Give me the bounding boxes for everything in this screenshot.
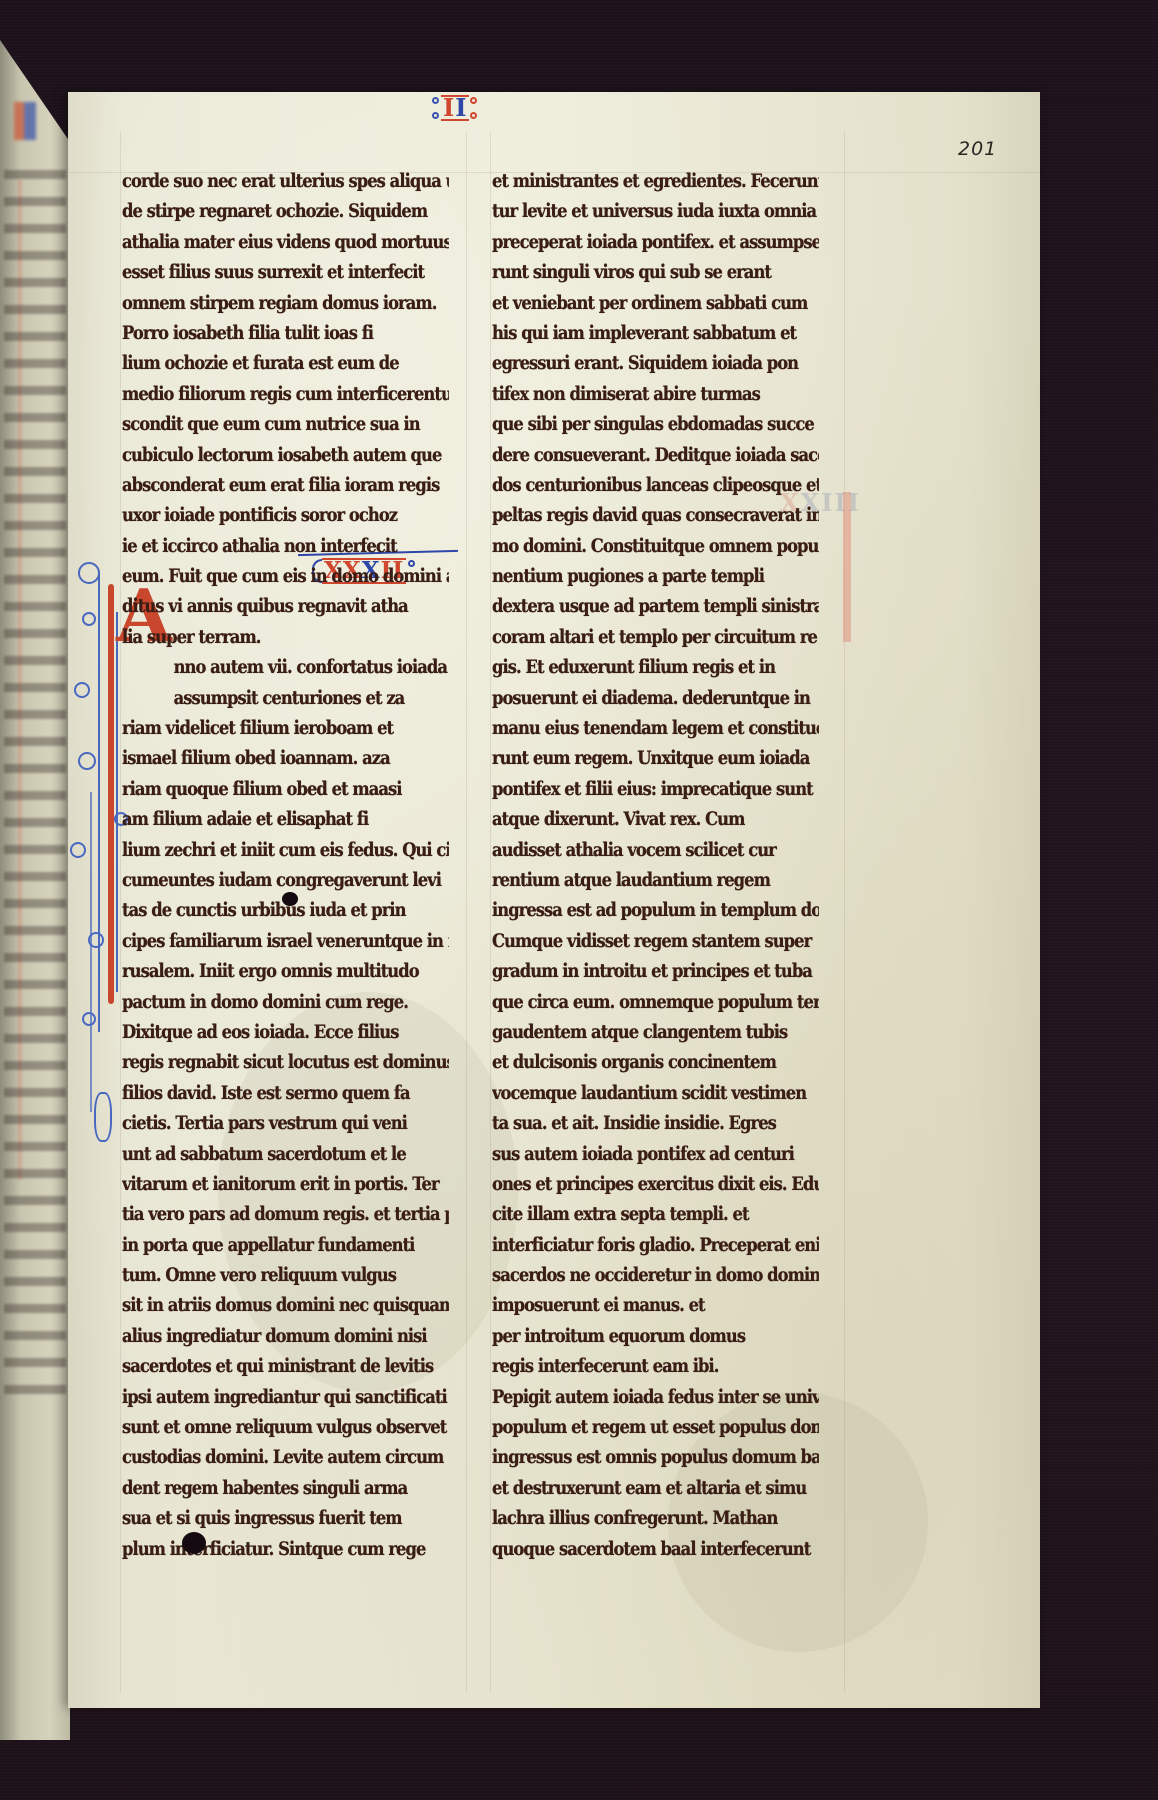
text-line: tur levite et universus iuda iuxta omnia…	[492, 196, 819, 226]
text-line: his qui iam impleverant sabbatum et	[492, 318, 819, 348]
text-line: ditus vi annis quibus regnavit atha	[122, 591, 449, 621]
ruling-line	[120, 132, 121, 1692]
text-line: manu eius tenendam legem et constitue	[492, 713, 819, 743]
text-line: et ministrantes et egredientes. Fecerunt…	[492, 166, 819, 196]
text-line: runt singuli viros qui sub se erant	[492, 257, 819, 287]
text-line: sua et si quis ingressus fuerit tem	[122, 1503, 449, 1533]
initial-blue-penwork	[116, 612, 118, 992]
text-line: gaudentem atque clangentem tubis	[492, 1017, 819, 1047]
text-line: Porro iosabeth filia tulit ioas fi	[122, 318, 449, 348]
text-line: ie et iccirco athalia non interfecit	[122, 531, 449, 561]
text-line: lachra illius confregerunt. Mathan	[492, 1503, 819, 1533]
text-line: plum interficiatur. Sintque cum rege	[122, 1534, 449, 1564]
text-line: eum. Fuit que cum eis in domo domini abs…	[122, 561, 449, 591]
blue-dot-ornament	[432, 97, 439, 119]
text-line: sacerdos ne occideretur in domo domini. …	[492, 1260, 819, 1290]
penwork-curl	[82, 1012, 96, 1026]
manuscript-page: II 201 A XXXII XXIII corde suo nec erat …	[68, 92, 1040, 1708]
text-line: esset filius suus surrexit et interfecit	[122, 257, 449, 287]
text-line: imposuerunt ei manus. et	[492, 1290, 819, 1320]
text-line: atque dixerunt. Vivat rex. Cum	[492, 804, 819, 834]
text-line: absconderat eum erat filia ioram regis	[122, 470, 449, 500]
text-line: filios david. Iste est sermo quem fa	[122, 1078, 449, 1108]
penwork-curl	[94, 1092, 112, 1142]
text-line: regis regnabit sicut locutus est dominus…	[122, 1047, 449, 1077]
text-line: cipes familiarum israel veneruntque in i…	[122, 926, 449, 956]
initial-blue-penwork	[98, 572, 100, 1032]
text-line: ones et principes exercitus dixit eis. E…	[492, 1169, 819, 1199]
text-line: medio filiorum regis cum interficerentur…	[122, 379, 449, 409]
text-line: unt ad sabbatum sacerdotum et le	[122, 1139, 449, 1169]
text-column-left: corde suo nec erat ulterius spes aliqua …	[122, 166, 502, 1564]
penwork-curl	[88, 932, 104, 948]
text-line: scondit que eum cum nutrice sua in	[122, 409, 449, 439]
parchment-hole	[182, 1532, 206, 1554]
text-line: coram altari et templo per circuitum re	[492, 622, 819, 652]
text-line: quoque sacerdotem baal interfecerunt	[492, 1534, 819, 1564]
text-line: dos centurionibus lanceas clipeosque et	[492, 470, 819, 500]
text-line: per introitum equorum domus	[492, 1321, 819, 1351]
text-line: que circa eum. omnemque populum ter	[492, 987, 819, 1017]
text-line: interficiatur foris gladio. Preceperat e…	[492, 1230, 819, 1260]
text-line: dere consueverant. Deditque ioiada sacer	[492, 440, 819, 470]
text-line: vitarum et ianitorum erit in portis. Ter	[122, 1169, 449, 1199]
text-line: cumeuntes iudam congregaverunt levi	[122, 865, 449, 895]
text-line: cite illam extra septa templi. et	[492, 1199, 819, 1229]
text-line: ipsi autem ingrediantur qui sanctificati	[122, 1382, 449, 1412]
text-line: mo domini. Constituitque omnem populum t…	[492, 531, 819, 561]
penwork-curl	[78, 752, 96, 770]
text-line: preceperat ioiada pontifex. et assumpse	[492, 227, 819, 257]
text-line: sus autem ioiada pontifex ad centuri	[492, 1139, 819, 1169]
text-line: rusalem. Iniit ergo omnis multitudo	[122, 956, 449, 986]
text-line: ta sua. et ait. Insidie insidie. Egres	[492, 1108, 819, 1138]
penwork-curl	[78, 562, 100, 584]
text-line: tum. Omne vero reliquum vulgus	[122, 1260, 449, 1290]
parchment-hole	[282, 892, 298, 906]
text-line: peltas regis david quas consecraverat in…	[492, 500, 819, 530]
text-line: ismael filium obed ioannam. aza	[122, 743, 449, 773]
text-line: nentium pugiones a parte templi	[492, 561, 819, 591]
text-line: gis. Et eduxerunt filium regis et in	[492, 652, 819, 682]
text-line: assumpsit centuriones et za	[122, 683, 449, 713]
text-line: audisset athalia vocem scilicet cur	[492, 835, 819, 865]
text-line: lia super terram.	[122, 622, 449, 652]
folio-number: 201	[958, 138, 997, 160]
text-line: riam quoque filium obed et maasi	[122, 774, 449, 804]
text-line: posuerunt ei diadema. dederuntque in	[492, 683, 819, 713]
text-line: corde suo nec erat ulterius spes aliqua …	[122, 166, 449, 196]
text-line: sit in atriis domus domini nec quisquam	[122, 1290, 449, 1320]
text-line: et destruxerunt eam et altaria et simu	[492, 1473, 819, 1503]
text-line: lium zechri et iniit cum eis fedus. Qui …	[122, 835, 449, 865]
text-line: am filium adaie et elisaphat fi	[122, 804, 449, 834]
red-dot-ornament	[470, 97, 477, 119]
text-column-right: et ministrantes et egredientes. Fecerunt…	[492, 166, 872, 1564]
text-line: Pepigit autem ioiada fedus inter se univ…	[492, 1382, 819, 1412]
text-line: pontifex et filii eius: imprecatique sun…	[492, 774, 819, 804]
text-line: tia vero pars ad domum regis. et tertia …	[122, 1199, 449, 1229]
previous-leaf-text	[4, 170, 66, 1410]
text-line: lium ochozie et furata est eum de	[122, 348, 449, 378]
text-line: de stirpe regnaret ochozie. Siquidem	[122, 196, 449, 226]
text-line: sunt et omne reliquum vulgus observet	[122, 1412, 449, 1442]
text-line: uxor ioiade pontificis soror ochoz	[122, 500, 449, 530]
text-line: et veniebant per ordinem sabbati cum	[492, 288, 819, 318]
text-line: regis interfecerunt eam ibi.	[492, 1351, 819, 1381]
text-line: athalia mater eius videns quod mortuus	[122, 227, 449, 257]
penwork-curl	[82, 612, 96, 626]
text-line: Cumque vidisset regem stantem super	[492, 926, 819, 956]
text-line: populum et regem ut esset populus domini…	[492, 1412, 819, 1442]
previous-leaf-edge	[0, 40, 70, 1740]
initial-blue-penwork	[90, 792, 92, 1112]
text-line: runt eum regem. Unxitque eum ioiada	[492, 743, 819, 773]
text-line: vocemque laudantium scidit vestimen	[492, 1078, 819, 1108]
text-line: alius ingrediatur domum domini nisi	[122, 1321, 449, 1351]
text-line: custodias domini. Levite autem circum	[122, 1442, 449, 1472]
text-line: nno autem vii. confortatus ioiada	[122, 652, 449, 682]
text-line: cubiculo lectorum iosabeth autem que	[122, 440, 449, 470]
text-line: dent regem habentes singuli arma	[122, 1473, 449, 1503]
running-header-numeral: II	[441, 95, 469, 121]
text-line: et dulcisonis organis concinentem	[492, 1047, 819, 1077]
text-line: omnem stirpem regiam domus ioram.	[122, 288, 449, 318]
text-line: sacerdotes et qui ministrant de levitis	[122, 1351, 449, 1381]
text-line: Dixitque ad eos ioiada. Ecce filius	[122, 1017, 449, 1047]
text-line: riam videlicet filium ieroboam et	[122, 713, 449, 743]
text-line: rentium atque laudantium regem	[492, 865, 819, 895]
text-line: egressuri erant. Siquidem ioiada pon	[492, 348, 819, 378]
text-line: in porta que appellatur fundamenti	[122, 1230, 449, 1260]
text-line: ingressa est ad populum in templum domin…	[492, 895, 819, 925]
penwork-curl	[74, 682, 90, 698]
text-line: gradum in introitu et principes et tuba	[492, 956, 819, 986]
running-header-rubric: II	[432, 94, 477, 122]
penwork-curl	[70, 842, 86, 858]
text-line: dextera usque ad partem templi sinistram	[492, 591, 819, 621]
text-line: ingressus est omnis populus domum baal	[492, 1442, 819, 1472]
text-line: tifex non dimiserat abire turmas	[492, 379, 819, 409]
text-line: pactum in domo domini cum rege.	[122, 987, 449, 1017]
text-line: que sibi per singulas ebdomadas succe	[492, 409, 819, 439]
previous-leaf-rubric	[14, 102, 36, 140]
text-line: cietis. Tertia pars vestrum qui veni	[122, 1108, 449, 1138]
